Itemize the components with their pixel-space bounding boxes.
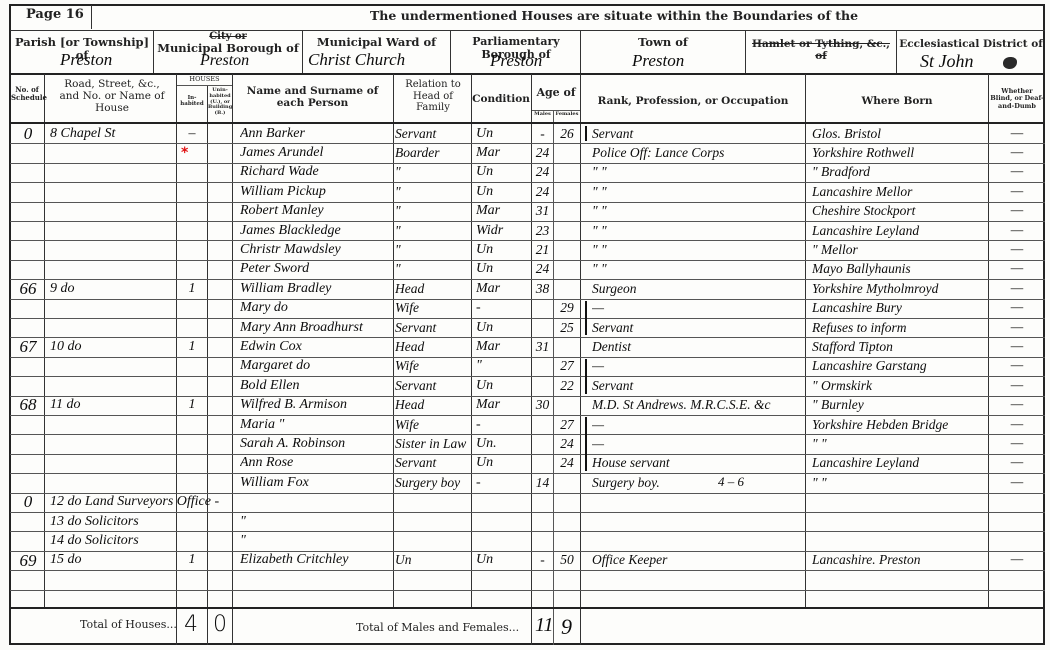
town-label: Town of bbox=[582, 36, 744, 49]
cell-female-age: 50 bbox=[554, 551, 580, 570]
col-header-occupation: Rank, Profession, or Occupation bbox=[582, 95, 804, 107]
cell-inhabited bbox=[178, 493, 206, 512]
cell-road bbox=[50, 454, 175, 473]
parish-value: Preston bbox=[60, 50, 112, 70]
cell-male-age bbox=[532, 434, 553, 453]
cell-relation: Servant bbox=[395, 376, 470, 395]
cell-blind: — bbox=[990, 551, 1044, 570]
star-icon: * bbox=[178, 143, 209, 162]
cell-name: Christr Mawdsley bbox=[240, 240, 392, 259]
cell-female-age: 26 bbox=[554, 124, 580, 143]
col-line bbox=[176, 74, 177, 645]
cell-female-age bbox=[554, 473, 580, 492]
cell-male-age: 31 bbox=[532, 202, 553, 221]
cell-born: Lancashire. Preston bbox=[812, 551, 987, 570]
borough-value: Preston bbox=[200, 52, 249, 70]
cell-blind: — bbox=[990, 454, 1044, 473]
cell-name bbox=[240, 570, 392, 589]
cell-road bbox=[50, 260, 175, 279]
cell-name: Mary Ann Broadhurst bbox=[240, 318, 392, 337]
page-divider bbox=[91, 5, 92, 29]
cell-schedule bbox=[12, 299, 44, 318]
cell-road bbox=[50, 376, 175, 395]
cell-male-age: 24 bbox=[532, 163, 553, 182]
cell-uninhabited bbox=[208, 143, 232, 162]
cell-female-age: 24 bbox=[554, 454, 580, 473]
ecclesiastical-value: St John bbox=[920, 51, 974, 72]
cell-blind bbox=[990, 570, 1044, 589]
cell-blind: — bbox=[990, 337, 1044, 356]
cell-inhabited: 1 bbox=[178, 337, 206, 356]
divider bbox=[153, 31, 154, 73]
cell-relation: " bbox=[395, 221, 470, 240]
cell-uninhabited bbox=[208, 493, 232, 512]
cell-occupation: Servant bbox=[592, 124, 804, 143]
cell-relation: " bbox=[395, 182, 470, 201]
cell-uninhabited bbox=[208, 415, 232, 434]
cell-male-age bbox=[532, 531, 553, 550]
cell-relation: Servant bbox=[395, 318, 470, 337]
cell-relation: Sister in Law bbox=[395, 434, 470, 453]
cell-condition bbox=[476, 531, 530, 550]
cell-name: Ann Barker bbox=[240, 124, 392, 143]
cell-schedule bbox=[12, 182, 44, 201]
cell-relation bbox=[395, 531, 470, 550]
cell-name bbox=[240, 493, 392, 512]
cell-name: James Blackledge bbox=[240, 221, 392, 240]
cell-condition: Un bbox=[476, 124, 530, 143]
cell-schedule bbox=[12, 512, 44, 531]
cell-condition: Widr bbox=[476, 221, 530, 240]
col-header-condition: Condition bbox=[472, 93, 530, 105]
ward-label: Municipal Ward of bbox=[304, 36, 449, 49]
cell-relation: Surgery boy bbox=[395, 473, 470, 492]
divider bbox=[302, 31, 303, 73]
cell-inhabited bbox=[178, 570, 206, 589]
col-header-females: Females bbox=[554, 112, 580, 118]
cell-inhabited bbox=[178, 415, 206, 434]
cell-name: Margaret do bbox=[240, 357, 392, 376]
cell-uninhabited bbox=[208, 337, 232, 356]
cell-condition: Un bbox=[476, 260, 530, 279]
cell-schedule bbox=[12, 240, 44, 259]
col-header-blind: Whether Blind, or Deaf-and-Dumb bbox=[990, 88, 1044, 110]
cell-born: Cheshire Stockport bbox=[812, 202, 987, 221]
cell-occupation: " " bbox=[592, 240, 804, 259]
cell-male-age: - bbox=[532, 551, 553, 570]
cell-female-age: 25 bbox=[554, 318, 580, 337]
cell-inhabited bbox=[178, 531, 206, 550]
cell-road bbox=[50, 240, 175, 259]
cell-condition: - bbox=[476, 473, 530, 492]
cell-schedule bbox=[12, 434, 44, 453]
cell-uninhabited bbox=[208, 551, 232, 570]
hamlet-label-struck: Hamlet or Tything, &c., of bbox=[747, 38, 895, 62]
cell-occupation: Dentist bbox=[592, 337, 804, 356]
col-header-road: Road, Street, &c., and No. or Name of Ho… bbox=[58, 78, 166, 114]
occupation-margin-note: 4 – 6 bbox=[718, 474, 744, 490]
cell-born: " " bbox=[812, 434, 987, 453]
cell-born: Lancashire Mellor bbox=[812, 182, 987, 201]
cell-uninhabited bbox=[208, 260, 232, 279]
town-value: Preston bbox=[632, 51, 684, 71]
cell-born: " Mellor bbox=[812, 240, 987, 259]
cell-name: William Bradley bbox=[240, 279, 392, 298]
cell-inhabited bbox=[178, 260, 206, 279]
cell-name: Elizabeth Critchley bbox=[240, 551, 392, 570]
col-line bbox=[805, 74, 806, 607]
cell-road bbox=[50, 415, 175, 434]
col-header-age: Age of bbox=[532, 87, 580, 100]
cell-male-age bbox=[532, 376, 553, 395]
cell-blind: — bbox=[990, 376, 1044, 395]
cell-relation: Head bbox=[395, 396, 470, 415]
cell-occupation bbox=[592, 531, 804, 550]
cell-uninhabited bbox=[208, 279, 232, 298]
cell-condition: - bbox=[476, 415, 530, 434]
cell-born: " Ormskirk bbox=[812, 376, 987, 395]
cell-condition: Un bbox=[476, 376, 530, 395]
cell-condition: " bbox=[476, 357, 530, 376]
cell-occupation bbox=[592, 512, 804, 531]
cell-road bbox=[50, 473, 175, 492]
cell-condition: Un bbox=[476, 551, 530, 570]
cell-condition: Un bbox=[476, 454, 530, 473]
page-number: Page 16 bbox=[26, 8, 84, 23]
cell-relation: Servant bbox=[395, 454, 470, 473]
cell-female-age: 22 bbox=[554, 376, 580, 395]
cell-relation: Wife bbox=[395, 415, 470, 434]
cell-uninhabited bbox=[208, 454, 232, 473]
divider bbox=[580, 31, 581, 73]
cell-born: Yorkshire Hebden Bridge bbox=[812, 415, 987, 434]
cell-uninhabited bbox=[208, 124, 232, 143]
cell-blind: — bbox=[990, 434, 1044, 453]
cell-name: Mary do bbox=[240, 299, 392, 318]
cell-occupation: — bbox=[592, 434, 804, 453]
cell-blind: — bbox=[990, 143, 1044, 162]
cell-inhabited: – bbox=[178, 124, 206, 143]
cell-name: Peter Sword bbox=[240, 260, 392, 279]
cell-relation: Un bbox=[395, 551, 470, 570]
cell-born: " " bbox=[812, 473, 987, 492]
cell-blind: — bbox=[990, 299, 1044, 318]
cell-road bbox=[50, 357, 175, 376]
cell-schedule bbox=[12, 473, 44, 492]
cell-uninhabited bbox=[208, 221, 232, 240]
col-line bbox=[44, 74, 45, 607]
cell-born: Lancashire Leyland bbox=[812, 221, 987, 240]
cell-uninhabited bbox=[208, 202, 232, 221]
cell-name: Wilfred B. Armison bbox=[240, 396, 392, 415]
cell-condition: Mar bbox=[476, 143, 530, 162]
cell-blind: — bbox=[990, 279, 1044, 298]
total-houses-label: Total of Houses... bbox=[80, 619, 177, 632]
cell-inhabited bbox=[178, 299, 206, 318]
cell-condition: Un bbox=[476, 240, 530, 259]
cell-schedule bbox=[12, 143, 44, 162]
cell-blind: — bbox=[990, 415, 1044, 434]
row-divider bbox=[10, 590, 1045, 591]
cell-born: " Burnley bbox=[812, 396, 987, 415]
page-title: The undermentioned Houses are situate wi… bbox=[370, 9, 1010, 23]
cell-female-age bbox=[554, 531, 580, 550]
cell-male-age bbox=[532, 318, 553, 337]
col-line bbox=[471, 74, 472, 607]
col-line bbox=[580, 74, 581, 645]
cell-relation: Boarder bbox=[395, 143, 470, 162]
cell-born bbox=[812, 512, 987, 531]
col-header-inhabited: In-habited bbox=[178, 95, 206, 108]
cell-female-age: 27 bbox=[554, 357, 580, 376]
cell-relation: Wife bbox=[395, 357, 470, 376]
cell-uninhabited bbox=[208, 473, 232, 492]
cell-schedule: 0 bbox=[12, 124, 44, 143]
cell-born bbox=[812, 570, 987, 589]
cell-name: James Arundel bbox=[240, 143, 392, 162]
cell-blind: — bbox=[990, 473, 1044, 492]
cell-relation: " bbox=[395, 202, 470, 221]
cell-inhabited bbox=[178, 318, 206, 337]
cell-blind: — bbox=[990, 357, 1044, 376]
ecclesiastical-label: Ecclesiastical District of bbox=[898, 38, 1044, 50]
cell-schedule: 66 bbox=[12, 279, 44, 298]
cell-schedule bbox=[12, 454, 44, 473]
cell-male-age: 24 bbox=[532, 143, 553, 162]
cell-born: Stafford Tipton bbox=[812, 337, 987, 356]
col-line bbox=[988, 74, 989, 607]
cell-road: 15 do bbox=[50, 551, 175, 570]
cell-female-age bbox=[554, 260, 580, 279]
cell-male-age: 14 bbox=[532, 473, 553, 492]
cell-relation: " bbox=[395, 240, 470, 259]
cell-name: " bbox=[240, 531, 392, 550]
cell-road bbox=[50, 318, 175, 337]
cell-born bbox=[812, 493, 987, 512]
cell-female-age bbox=[554, 143, 580, 162]
cell-uninhabited bbox=[208, 299, 232, 318]
cell-schedule: 69 bbox=[12, 551, 44, 570]
col-header-born: Where Born bbox=[806, 95, 988, 107]
cell-occupation: Servant bbox=[592, 318, 804, 337]
cell-uninhabited bbox=[208, 318, 232, 337]
col-header-uninhabited: Unin-habited (U.), or Building (B.) bbox=[208, 88, 232, 117]
cell-inhabited bbox=[178, 182, 206, 201]
cell-schedule bbox=[12, 415, 44, 434]
cell-inhabited bbox=[178, 221, 206, 240]
col-header-schedule: No. of Schedule bbox=[11, 86, 43, 102]
cell-road: 8 Chapel St bbox=[50, 124, 175, 143]
cell-uninhabited bbox=[208, 434, 232, 453]
cell-name: Robert Manley bbox=[240, 202, 392, 221]
ward-value: Christ Church bbox=[308, 50, 405, 70]
cell-male-age: 30 bbox=[532, 396, 553, 415]
cell-occupation: " " bbox=[592, 163, 804, 182]
cell-male-age bbox=[532, 454, 553, 473]
cell-born: Lancashire Bury bbox=[812, 299, 987, 318]
cell-born bbox=[812, 531, 987, 550]
cell-occupation: " " bbox=[592, 202, 804, 221]
cell-relation: Wife bbox=[395, 299, 470, 318]
cell-road bbox=[50, 163, 175, 182]
cell-occupation: Office Keeper bbox=[592, 551, 804, 570]
cell-occupation: M.D. St Andrews. M.R.C.S.E. &c bbox=[592, 396, 804, 415]
cell-uninhabited bbox=[208, 570, 232, 589]
cell-uninhabited bbox=[208, 182, 232, 201]
cell-male-age: - bbox=[532, 124, 553, 143]
cell-female-age bbox=[554, 221, 580, 240]
cell-blind: — bbox=[990, 260, 1044, 279]
parliamentary-value: Preston bbox=[490, 51, 542, 71]
cell-schedule bbox=[12, 376, 44, 395]
cell-condition: Mar bbox=[476, 337, 530, 356]
cell-male-age bbox=[532, 512, 553, 531]
location-divider bbox=[10, 73, 1045, 75]
cell-inhabited bbox=[178, 240, 206, 259]
cell-female-age bbox=[554, 396, 580, 415]
cell-condition: Un bbox=[476, 182, 530, 201]
cell-inhabited bbox=[178, 202, 206, 221]
cell-female-age bbox=[554, 279, 580, 298]
total-males: 11 bbox=[535, 614, 554, 637]
cell-occupation: — bbox=[592, 357, 804, 376]
cell-uninhabited bbox=[208, 531, 232, 550]
cell-schedule: 0 bbox=[12, 493, 44, 512]
cell-female-age bbox=[554, 182, 580, 201]
cell-condition bbox=[476, 570, 530, 589]
cell-inhabited bbox=[178, 163, 206, 182]
cell-name: William Pickup bbox=[240, 182, 392, 201]
cell-condition: Mar bbox=[476, 202, 530, 221]
bracket-mark bbox=[585, 301, 587, 336]
cell-female-age bbox=[554, 570, 580, 589]
total-females: 9 bbox=[561, 614, 572, 640]
cell-name: William Fox bbox=[240, 473, 392, 492]
cell-female-age: 27 bbox=[554, 415, 580, 434]
cell-occupation: Surgeon bbox=[592, 279, 804, 298]
cell-name: Maria " bbox=[240, 415, 392, 434]
cell-schedule: 67 bbox=[12, 337, 44, 356]
cell-inhabited: 1 bbox=[178, 551, 206, 570]
cell-male-age bbox=[532, 493, 553, 512]
cell-male-age bbox=[532, 299, 553, 318]
cell-schedule bbox=[12, 570, 44, 589]
total-persons-label: Total of Males and Females... bbox=[356, 622, 519, 635]
cell-schedule bbox=[12, 531, 44, 550]
col-line bbox=[232, 74, 233, 645]
cell-born: Lancashire Garstang bbox=[812, 357, 987, 376]
cell-inhabited: 1 bbox=[178, 279, 206, 298]
cell-occupation: — bbox=[592, 299, 804, 318]
cell-male-age bbox=[532, 415, 553, 434]
cell-born: Lancashire Leyland bbox=[812, 454, 987, 473]
cell-condition: - bbox=[476, 299, 530, 318]
cell-born: Yorkshire Rothwell bbox=[812, 143, 987, 162]
cell-inhabited bbox=[178, 434, 206, 453]
cell-road bbox=[50, 143, 175, 162]
cell-uninhabited bbox=[208, 357, 232, 376]
cell-schedule bbox=[12, 318, 44, 337]
cell-inhabited bbox=[178, 473, 206, 492]
cell-occupation bbox=[592, 493, 804, 512]
cell-blind: — bbox=[990, 240, 1044, 259]
cell-relation: " bbox=[395, 260, 470, 279]
cell-uninhabited bbox=[208, 376, 232, 395]
cell-born: Refuses to inform bbox=[812, 318, 987, 337]
cell-relation bbox=[395, 570, 470, 589]
cell-female-age: 29 bbox=[554, 299, 580, 318]
cell-male-age: 21 bbox=[532, 240, 553, 259]
cell-blind bbox=[990, 493, 1044, 512]
cell-born: Mayo Ballyhaunis bbox=[812, 260, 987, 279]
cell-female-age bbox=[554, 240, 580, 259]
bracket-mark bbox=[585, 126, 587, 141]
cell-condition bbox=[476, 493, 530, 512]
cell-schedule bbox=[12, 260, 44, 279]
cell-male-age: 24 bbox=[532, 182, 553, 201]
cell-name: " bbox=[240, 512, 392, 531]
cell-occupation: — bbox=[592, 415, 804, 434]
cell-female-age bbox=[554, 202, 580, 221]
cell-female-age bbox=[554, 163, 580, 182]
total-uninhabited: 0 bbox=[213, 612, 227, 637]
cell-uninhabited bbox=[208, 396, 232, 415]
cell-inhabited bbox=[178, 357, 206, 376]
cell-born: Glos. Bristol bbox=[812, 124, 987, 143]
cell-female-age bbox=[554, 493, 580, 512]
cell-road bbox=[50, 299, 175, 318]
cell-blind: — bbox=[990, 202, 1044, 221]
cell-blind bbox=[990, 531, 1044, 550]
cell-born: Yorkshire Mytholmroyd bbox=[812, 279, 987, 298]
cell-road bbox=[50, 570, 175, 589]
cell-name: Sarah A. Robinson bbox=[240, 434, 392, 453]
cell-occupation: " " bbox=[592, 260, 804, 279]
bracket-mark bbox=[585, 359, 587, 394]
cell-occupation: " " bbox=[592, 182, 804, 201]
cell-schedule bbox=[12, 357, 44, 376]
cell-blind: — bbox=[990, 182, 1044, 201]
cell-uninhabited bbox=[208, 240, 232, 259]
cell-born: " Bradford bbox=[812, 163, 987, 182]
col-header-males: Males bbox=[532, 112, 553, 118]
cell-male-age: 24 bbox=[532, 260, 553, 279]
col-header-houses: HOUSES bbox=[177, 76, 232, 83]
cell-schedule bbox=[12, 221, 44, 240]
cell-relation: " bbox=[395, 163, 470, 182]
cell-female-age bbox=[554, 337, 580, 356]
cell-blind: — bbox=[990, 221, 1044, 240]
cell-road bbox=[50, 434, 175, 453]
cell-uninhabited bbox=[208, 163, 232, 182]
cell-blind: — bbox=[990, 396, 1044, 415]
divider bbox=[896, 31, 897, 73]
cell-condition: Un bbox=[476, 318, 530, 337]
cell-male-age: 23 bbox=[532, 221, 553, 240]
cell-relation bbox=[395, 493, 470, 512]
cell-occupation bbox=[592, 570, 804, 589]
divider bbox=[745, 31, 746, 73]
cell-blind: — bbox=[990, 318, 1044, 337]
cell-condition: Un bbox=[476, 163, 530, 182]
cell-male-age: 31 bbox=[532, 337, 553, 356]
cell-name: Bold Ellen bbox=[240, 376, 392, 395]
cell-occupation: Surgery boy. bbox=[592, 473, 804, 492]
col-header-name: Name and Surname of each Person bbox=[240, 85, 385, 109]
cell-blind: — bbox=[990, 124, 1044, 143]
cell-relation: Head bbox=[395, 279, 470, 298]
cell-uninhabited bbox=[208, 512, 232, 531]
